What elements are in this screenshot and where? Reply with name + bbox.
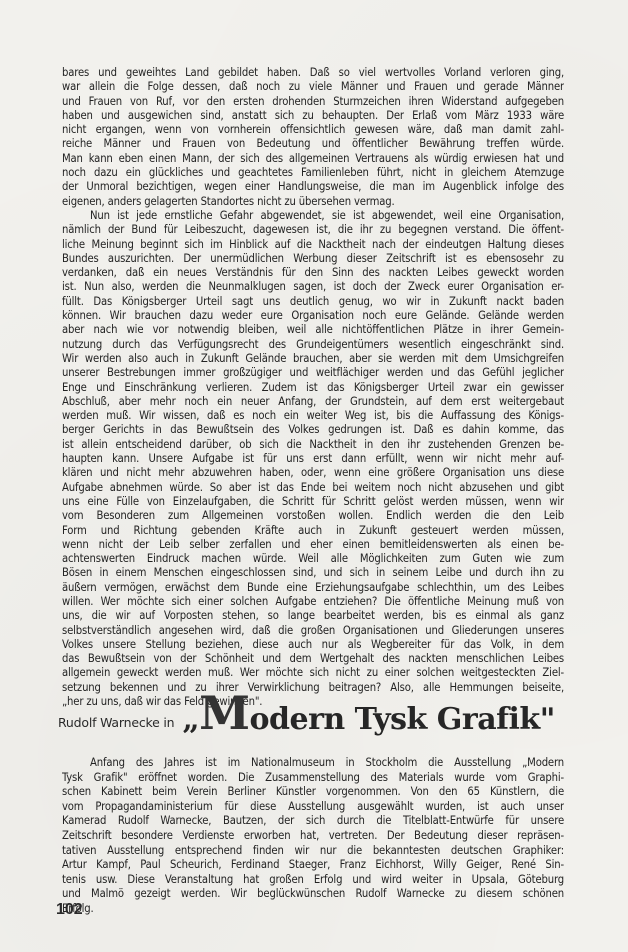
paragraph-start: Nun ist jede ernstliche Gefahr abgewende… bbox=[62, 209, 564, 223]
decorative-initial: M bbox=[199, 686, 249, 740]
text-line: allgemein geweckt werden muß. Wer möchte… bbox=[62, 666, 564, 680]
text-line: und Malmö gezeigt werden. Wir beglückwün… bbox=[62, 887, 564, 902]
heading-byline: Rudolf Warnecke in bbox=[58, 715, 174, 730]
text-line: werden muß. Wir wissen, daß es noch ein … bbox=[62, 409, 564, 423]
section-heading: Rudolf Warnecke in „Modern Tysk Grafik" bbox=[58, 686, 555, 742]
text-line: bares und geweihtes Land gebildet haben.… bbox=[62, 66, 564, 80]
text-line: ist allein entscheidend darüber, ob sich… bbox=[62, 438, 564, 452]
text-line: nutzung durch das Verfügungsrecht des Gr… bbox=[62, 338, 564, 352]
article-body: Anfang des Jahres ist im Nationalmuseum … bbox=[62, 756, 564, 917]
text-line: Bundes auszurichten. Der unermüdlichen W… bbox=[62, 252, 564, 266]
text-line: noch dazu ein glückliches und geachtetes… bbox=[62, 166, 564, 180]
page-number: 102 bbox=[56, 901, 83, 919]
text-line: tativen Ausstellung entsprechend finden … bbox=[62, 844, 564, 859]
title-rest: odern Tysk Grafik" bbox=[250, 702, 555, 737]
text-line: war allein die Folge dessen, daß noch zu… bbox=[62, 80, 564, 94]
text-line: Wir werden also auch in Zukunft Gelände … bbox=[62, 352, 564, 366]
text-line: eigenen, anders gelagerten Standortes ni… bbox=[62, 195, 564, 209]
text-line: achtenswerten Eindruck machen würde. Wei… bbox=[62, 552, 564, 566]
text-line: der Unmoral bezichtigen, wegen einer Han… bbox=[62, 180, 564, 194]
text-line: unserer Bestrebungen immer großzügiger u… bbox=[62, 366, 564, 380]
text-line: äußern vermögen, erwächst dem Bunde eine… bbox=[62, 581, 564, 595]
text-line: ist. Nun also, werden die Neunmalklugen … bbox=[62, 280, 564, 294]
text-line: berger Gerichts in das Bewußtsein des Vo… bbox=[62, 423, 564, 437]
open-quote: „ bbox=[182, 702, 199, 737]
text-line: aber nach wie vor notwendig bleiben, wei… bbox=[62, 323, 564, 337]
text-line: schen Kabinett beim Verein Berliner Küns… bbox=[62, 785, 564, 800]
text-line: uns eine Fülle von Einzelaufgaben, die S… bbox=[62, 495, 564, 509]
text-line: uns, die wir auf Vorposten stehen, so la… bbox=[62, 609, 564, 623]
text-line: nämlich der Bund für Leibeszucht, dagewe… bbox=[62, 223, 564, 237]
text-line: Abschluß, aber mehr noch ein neuer Anfan… bbox=[62, 395, 564, 409]
text-line: klären und nicht mehr abzuwehren haben, … bbox=[62, 466, 564, 480]
document-page: bares und geweihtes Land gebildet haben.… bbox=[0, 0, 628, 952]
text-line: selbstverständlich angesehen wird, daß d… bbox=[62, 624, 564, 638]
text-line: können. Wir brauchen dazu weder eure Org… bbox=[62, 309, 564, 323]
text-line: Enge und Einschränkung verlieren. Zudem … bbox=[62, 381, 564, 395]
article-body-continued: bares und geweihtes Land gebildet haben.… bbox=[62, 66, 564, 709]
paragraph-start: Anfang des Jahres ist im Nationalmuseum … bbox=[62, 756, 564, 771]
text-line: Tysk Grafik" eröffnet worden. Die Zusamm… bbox=[62, 771, 564, 786]
text-line: Kamerad Rudolf Warnecke, Bautzen, der si… bbox=[62, 814, 564, 829]
text-line: tenis usw. Diese Veranstaltung hat große… bbox=[62, 873, 564, 888]
text-line: reiche Männer und Frauen von Bedeutung u… bbox=[62, 137, 564, 151]
text-line: haben und ausgewichen sind, anstatt sich… bbox=[62, 109, 564, 123]
text-line: Artur Kampf, Paul Scheurich, Ferdinand S… bbox=[62, 858, 564, 873]
text-line: Zeitschrift besondere Verdienste erworbe… bbox=[62, 829, 564, 844]
text-line: Volkes unsere Stellung beziehen, diese a… bbox=[62, 638, 564, 652]
text-line: nicht ergangen, wenn von vornherein offe… bbox=[62, 123, 564, 137]
text-line: Man kann eben einen Mann, der sich des a… bbox=[62, 152, 564, 166]
text-line: Bösen in einem Menschen eingeschlossen s… bbox=[62, 566, 564, 580]
text-line: und Frauen von Ruf, vor den ersten drohe… bbox=[62, 95, 564, 109]
text-line: willen. Wer möchte sich einer solchen Au… bbox=[62, 595, 564, 609]
text-line: liche Meinung beginnt sich im Hinblick a… bbox=[62, 238, 564, 252]
text-line: füllt. Das Königsberger Urteil sagt uns … bbox=[62, 295, 564, 309]
text-line: Erfolg. bbox=[62, 902, 564, 917]
text-line: vom Besonderen zum Allgemeinen vorstoßen… bbox=[62, 509, 564, 523]
text-line: haupten kann. Unsere Aufgabe ist für uns… bbox=[62, 452, 564, 466]
text-line: vom Propagandaministerium für diese Auss… bbox=[62, 800, 564, 815]
text-line: Aufgabe abnehmen würde. So aber ist das … bbox=[62, 481, 564, 495]
text-line: Form und Richtung gebenden Kräfte auch i… bbox=[62, 524, 564, 538]
text-line: wenn nicht der Leib selber zerfallen und… bbox=[62, 538, 564, 552]
text-line: das Bewußtsein von der Schönheit und dem… bbox=[62, 652, 564, 666]
heading-title: „Modern Tysk Grafik" bbox=[182, 690, 554, 737]
text-line: verdanken, daß ein neues Verständnis für… bbox=[62, 266, 564, 280]
